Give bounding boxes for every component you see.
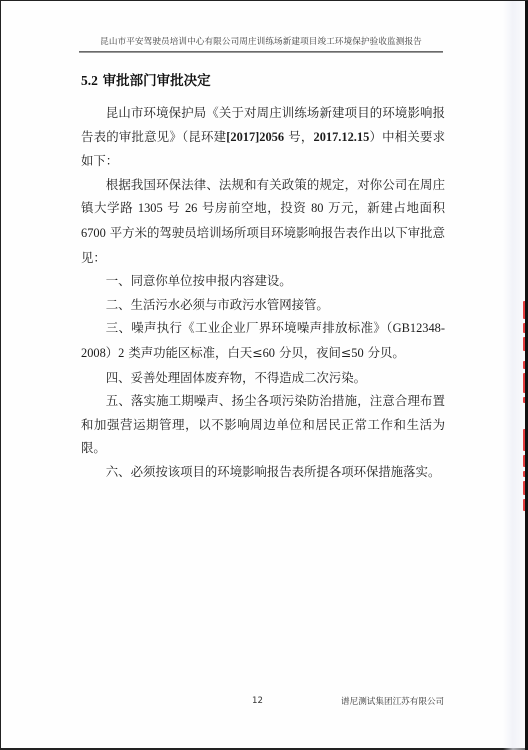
text-segment: 一、同意你单位按申报内容建设。 — [106, 273, 292, 288]
paragraph-item: 二、生活污水必须与市政污水管网接管。 — [81, 293, 445, 317]
paragraph-item: 一、同意你单位按申报内容建设。 — [81, 269, 445, 293]
text-segment: 六、必须按该项目的环境影响报告表所提各项环保措施落实。 — [106, 464, 441, 479]
text-segment: 60 — [263, 346, 275, 360]
text-segment: 四、妥善处理固体废弃物，不得造成二次污染。 — [106, 370, 366, 385]
document-page: 昆山市平安驾驶员培训中心有限公司周庄训练场新建项目竣工环境保护验收监测报告 5.… — [0, 0, 528, 750]
text-segment: 6700 — [81, 226, 106, 240]
text-segment: 50 — [351, 346, 363, 360]
body-text: 昆山市环境保护局《关于对周庄训练场新建项目的环境影响报告表的审批意见》（昆环建[… — [81, 101, 445, 484]
paragraph-item: 五、落实施工期噪声、扬尘各项污染防治措施，注意合理布置和加强营运期管理，以不影响… — [81, 389, 445, 460]
running-header: 昆山市平安驾驶员培训中心有限公司周庄训练场新建项目竣工环境保护验收监测报告 — [79, 35, 443, 47]
paragraph-item: 三、噪声执行《工业企业厂界环境噪声排放标准》（GB12348-2008）2 类声… — [81, 316, 445, 365]
text-segment: 三、噪声执行《工业企业厂界环境噪声排放标准》（ — [106, 320, 393, 335]
text-segment: 号 — [163, 200, 185, 215]
text-segment: 平方米的驾驶员培训场所项目环境影响报告表作出以下审批意见： — [81, 225, 445, 265]
paragraph-item: 四、妥善处理固体废弃物，不得造成二次污染。 — [81, 366, 445, 390]
footer-company: 谱尼测试集团江苏有限公司 — [341, 695, 444, 707]
text-segment: 五、落实施工期噪声、扬尘各项污染防治措施，注意合理布置和加强营运期管理，以不影响… — [81, 393, 445, 455]
text-segment: 80 — [311, 201, 323, 215]
text-segment: [2017]2056 — [226, 130, 284, 144]
text-segment: 1305 — [138, 201, 163, 215]
text-segment: ） — [106, 345, 118, 360]
text-segment: 号房前空地，投资 — [197, 200, 311, 215]
header-rule — [79, 51, 443, 53]
text-segment: 二、生活污水必须与市政污水管网接管。 — [106, 297, 329, 312]
text-segment: 分贝。 — [364, 345, 405, 360]
text-segment: 万元，新建占地面积 — [323, 200, 445, 215]
page-number: 12 — [252, 696, 263, 706]
text-segment: 2017.12.15 — [314, 130, 370, 144]
section-title-text: 审批部门审批决定 — [103, 73, 211, 89]
section-number: 5.2 — [81, 73, 98, 88]
text-segment: 26 — [185, 201, 197, 215]
paragraph: 昆山市环境保护局《关于对周庄训练场新建项目的环境影响报告表的审批意见》（昆环建[… — [81, 101, 445, 173]
paragraph: 根据我国环保法律、法规和有关政策的规定，对你公司在周庄镇大学路 1305 号 2… — [81, 173, 445, 269]
text-segment: 号， — [284, 129, 313, 144]
section-heading: 5.2 审批部门审批决定 — [81, 69, 211, 89]
text-segment: 类声功能区标准，白天≤ — [124, 345, 262, 360]
paragraph-item: 六、必须按该项目的环境影响报告表所提各项环保措施落实。 — [81, 460, 445, 484]
text-segment: 分贝，夜间≤ — [275, 345, 351, 360]
